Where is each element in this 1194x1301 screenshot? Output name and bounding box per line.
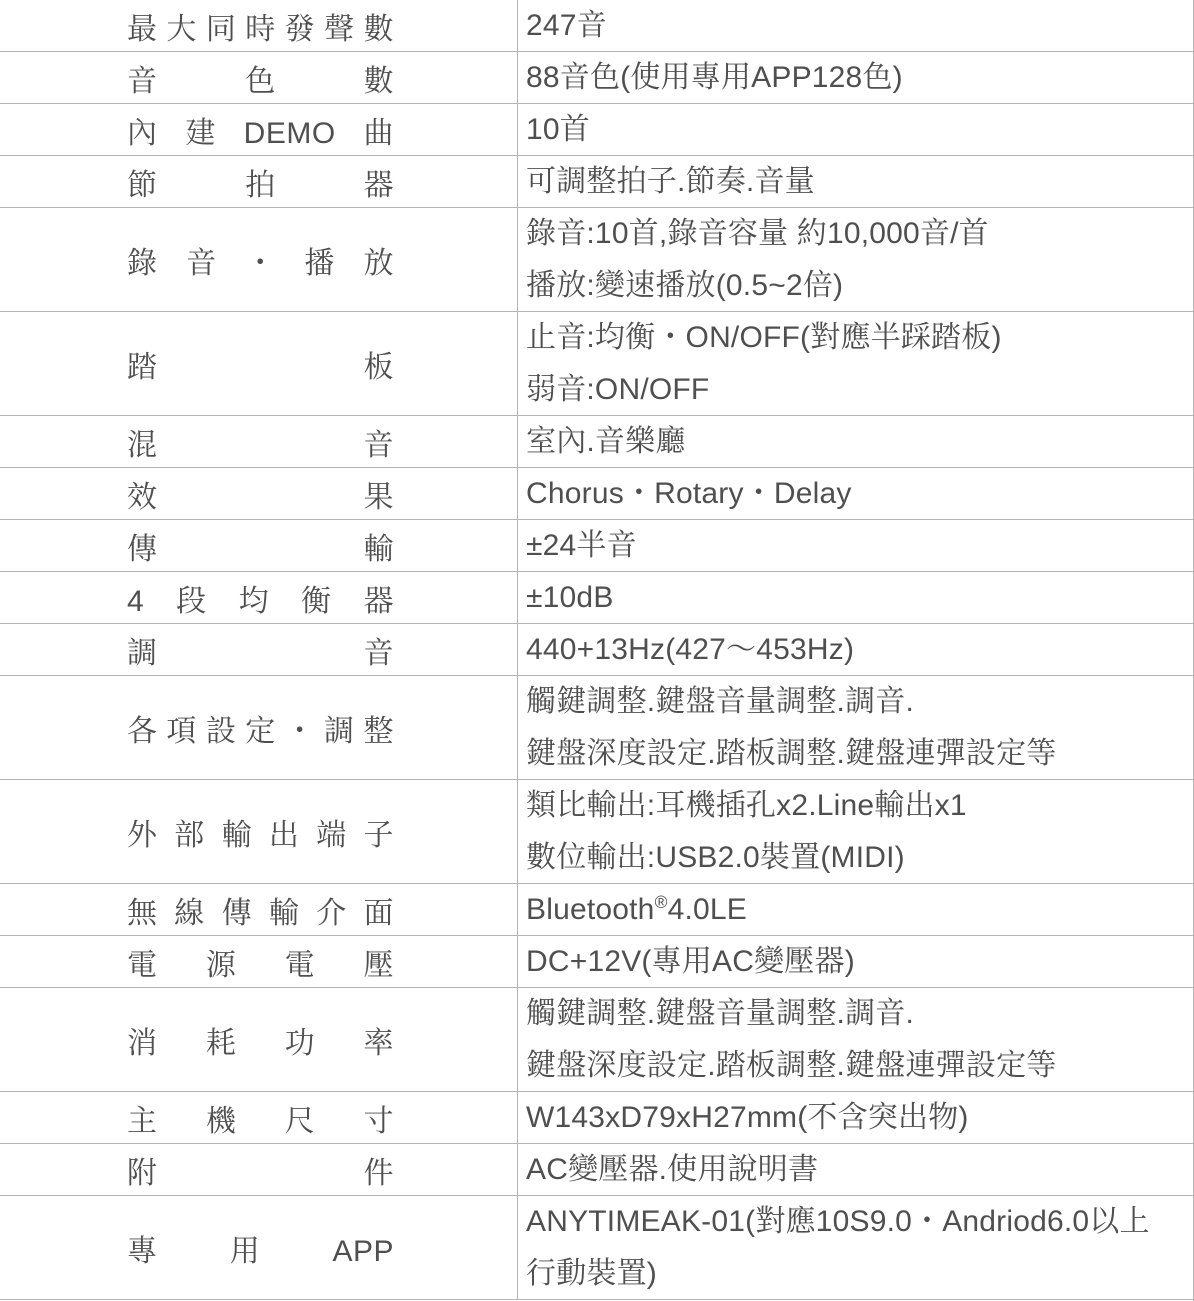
spec-value-line: ±10dB [526,572,1193,624]
spec-label-cell: 主機尺寸 [0,1092,518,1143]
spec-value-cell: 440+13Hz(427～453Hz) [518,624,1193,676]
spec-value-line: Bluetooth®4.0LE [526,884,1193,936]
label-segment: 消 [127,1018,158,1062]
spec-value-line: 室內.音樂廳 [526,416,1193,468]
spec-label: 踏板 [127,342,394,386]
spec-label-cell: 調音 [0,624,518,675]
spec-table: 最大同時發聲數247音音色數88音色(使用專用APP128色)內建DEMO曲10… [0,0,1194,1301]
spec-label-cell: 附件 [0,1144,518,1195]
spec-label-cell: 踏板 [0,312,518,415]
label-segment: 混 [127,420,158,464]
spec-row: 調音440+13Hz(427～453Hz) [0,624,1193,676]
label-segment: 效 [127,472,158,516]
spec-value-line: ANYTIMEAK-01(對應10S9.0・Andriod6.0以上 [526,1196,1193,1248]
label-segment: 外 [127,810,158,854]
spec-value-line: 440+13Hz(427～453Hz) [526,624,1193,676]
spec-value-cell: W143xD79xH27mm(不含突出物) [518,1092,1193,1144]
spec-value-line: ±24半音 [526,520,1193,572]
spec-row: 主機尺寸W143xD79xH27mm(不含突出物) [0,1092,1193,1144]
spec-row: 各項設定・調整觸鍵調整.鍵盤音量調整.調音.鍵盤深度設定.踏板調整.鍵盤連彈設定… [0,676,1193,780]
spec-value-line: 247音 [526,0,1193,52]
spec-value-cell: ANYTIMEAK-01(對應10S9.0・Andriod6.0以上行動裝置) [518,1196,1193,1300]
spec-label-cell: 專用APP [0,1196,518,1299]
label-segment: 踏 [127,342,158,386]
spec-label: 附件 [127,1148,394,1192]
label-segment: 整 [363,706,394,750]
label-segment: 機 [206,1096,237,1140]
spec-value-line: Chorus・Rotary・Delay [526,468,1193,520]
label-segment: 主 [127,1096,158,1140]
label-segment: 子 [363,810,394,854]
label-segment: 介 [316,888,347,932]
label-segment: 最 [127,4,158,48]
label-segment: 無 [127,888,158,932]
label-segment: 用 [230,1226,261,1270]
label-segment: 電 [127,940,158,984]
label-segment: 衡 [301,576,332,620]
spec-value-cell: ±24半音 [518,520,1193,572]
label-segment: 錄 [127,238,158,282]
spec-value-cell: ±10dB [518,572,1193,624]
spec-value-line: 88音色(使用專用APP128色) [526,52,1193,104]
label-segment: 面 [363,888,394,932]
label-segment: 設 [206,706,237,750]
label-segment: 調 [127,628,158,672]
label-segment: 尺 [285,1096,316,1140]
label-segment: 音 [364,628,395,672]
label-segment: 專 [127,1226,158,1270]
spec-value-line: 可調整拍子.節奏.音量 [526,156,1193,208]
label-segment: 音 [186,238,217,282]
spec-value-cell: 止音:均衡・ON/OFF(對應半踩踏板)弱音:ON/OFF [518,312,1193,416]
spec-value-cell: 10首 [518,104,1193,156]
label-segment: 傳 [222,888,253,932]
spec-label-cell: 消耗功率 [0,988,518,1091]
label-segment: 拍 [245,160,276,204]
spec-label-cell: 混音 [0,416,518,467]
label-segment: 發 [285,4,316,48]
label-segment: 率 [363,1018,394,1062]
spec-row: 最大同時發聲數247音 [0,0,1193,52]
spec-value-cell: Bluetooth®4.0LE [518,884,1193,936]
spec-row: 消耗功率觸鍵調整.鍵盤音量調整.調音.鍵盤深度設定.踏板調整.鍵盤連彈設定等 [0,988,1193,1092]
spec-label: 混音 [127,420,394,464]
spec-value-cell: 可調整拍子.節奏.音量 [518,156,1193,208]
label-segment: 項 [166,706,197,750]
spec-label-cell: 內建DEMO曲 [0,104,518,155]
spec-row: 混音室內.音樂廳 [0,416,1193,468]
label-segment: 播 [304,238,335,282]
spec-value-cell: 觸鍵調整.鍵盤音量調整.調音.鍵盤深度設定.踏板調整.鍵盤連彈設定等 [518,988,1193,1092]
label-segment: 線 [174,888,205,932]
label-segment: 件 [364,1148,395,1192]
spec-value-line: 類比輸出:耳機插孔x2.Line輸出x1 [526,780,1193,832]
spec-label: 各項設定・調整 [127,706,394,750]
spec-label-cell: 各項設定・調整 [0,676,518,779]
label-segment: APP [332,1235,394,1269]
label-segment: 傳 [127,524,158,568]
spec-label: 傳輸 [127,524,394,568]
spec-label-cell: 音色數 [0,52,518,103]
spec-value-cell: 88音色(使用專用APP128色) [518,52,1193,104]
spec-label-cell: 無線傳輸介面 [0,884,518,935]
spec-row: 4段均衡器±10dB [0,572,1193,624]
label-segment: 輸 [222,810,253,854]
label-segment: 同 [206,4,237,48]
label-segment: 源 [206,940,237,984]
spec-label-cell: 4段均衡器 [0,572,518,623]
label-segment: 內 [127,108,158,152]
spec-value-line: 止音:均衡・ON/OFF(對應半踩踏板) [526,312,1193,364]
spec-label: 效果 [127,472,394,516]
spec-label: 外部輸出端子 [127,810,394,854]
spec-label: 4段均衡器 [127,576,394,620]
label-segment: 各 [127,706,158,750]
spec-label: 最大同時發聲數 [127,4,394,48]
label-segment: 放 [364,238,395,282]
label-segment: 定 [245,706,276,750]
spec-label-cell: 效果 [0,468,518,519]
spec-row: 無線傳輸介面Bluetooth®4.0LE [0,884,1193,936]
label-segment: 色 [245,56,276,100]
label-segment: 時 [245,4,276,48]
spec-value-cell: DC+12V(專用AC變壓器) [518,936,1193,988]
spec-value-line: 鍵盤深度設定.踏板調整.鍵盤連彈設定等 [526,728,1193,780]
spec-label: 主機尺寸 [127,1096,394,1140]
label-segment: 聲 [324,4,355,48]
spec-row: 節拍器可調整拍子.節奏.音量 [0,156,1193,208]
spec-row: 音色數88音色(使用專用APP128色) [0,52,1193,104]
label-segment: 寸 [363,1096,394,1140]
spec-label: 消耗功率 [127,1018,394,1062]
label-segment: 部 [174,810,205,854]
spec-label: 音色數 [127,56,394,100]
spec-row: 外部輸出端子類比輸出:耳機插孔x2.Line輸出x1數位輸出:USB2.0裝置(… [0,780,1193,884]
spec-value-cell: 觸鍵調整.鍵盤音量調整.調音.鍵盤深度設定.踏板調整.鍵盤連彈設定等 [518,676,1193,780]
spec-label-cell: 錄音・播放 [0,208,518,311]
spec-label-cell: 外部輸出端子 [0,780,518,883]
spec-value-line: 10首 [526,104,1193,156]
label-segment: 出 [269,810,300,854]
label-segment: 附 [127,1148,158,1192]
label-segment: DEMO [244,117,336,151]
spec-label: 錄音・播放 [127,238,394,282]
label-segment: 板 [364,342,395,386]
spec-label: 調音 [127,628,394,672]
spec-value-line: 錄音:10首,錄音容量 約10,000音/首 [526,208,1193,260]
label-segment: 曲 [363,108,394,152]
spec-value-cell: 錄音:10首,錄音容量 約10,000音/首播放:變速播放(0.5~2倍) [518,208,1193,312]
spec-value-line: 觸鍵調整.鍵盤音量調整.調音. [526,988,1193,1040]
spec-row: 傳輸±24半音 [0,520,1193,572]
label-segment: 建 [185,108,216,152]
label-segment: 果 [364,472,395,516]
spec-label-cell: 傳輸 [0,520,518,571]
spec-value-line: 數位輸出:USB2.0裝置(MIDI) [526,832,1193,884]
label-segment: 輸 [364,524,395,568]
label-segment: 耗 [206,1018,237,1062]
spec-row: 專用APPANYTIMEAK-01(對應10S9.0・Andriod6.0以上行… [0,1196,1193,1300]
spec-label-cell: 節拍器 [0,156,518,207]
label-segment: 電 [285,940,316,984]
spec-value-cell: Chorus・Rotary・Delay [518,468,1193,520]
spec-value-line: 播放:變速播放(0.5~2倍) [526,260,1193,312]
spec-row: 內建DEMO曲10首 [0,104,1193,156]
spec-value-cell: 247音 [518,0,1193,52]
label-segment: 調 [324,706,355,750]
spec-label: 內建DEMO曲 [127,108,394,152]
spec-row: 效果Chorus・Rotary・Delay [0,468,1193,520]
spec-value-cell: 室內.音樂廳 [518,416,1193,468]
spec-value-line: 行動裝置) [526,1248,1193,1300]
spec-label-cell: 電源電壓 [0,936,518,987]
spec-value-line: DC+12V(專用AC變壓器) [526,936,1193,988]
label-segment: 壓 [363,940,394,984]
spec-value-line: 鍵盤深度設定.踏板調整.鍵盤連彈設定等 [526,1040,1193,1092]
spec-label: 電源電壓 [127,940,394,984]
spec-value-cell: 類比輸出:耳機插孔x2.Line輸出x1數位輸出:USB2.0裝置(MIDI) [518,780,1193,884]
label-segment: 均 [239,576,270,620]
label-segment: 器 [364,576,395,620]
label-segment: 功 [285,1018,316,1062]
label-segment: ・ [285,706,316,750]
label-segment: 段 [176,576,207,620]
label-segment: 輸 [269,888,300,932]
spec-row: 附件AC變壓器.使用說明書 [0,1144,1193,1196]
label-segment: 數 [364,56,395,100]
label-segment: ・ [245,238,276,282]
label-segment: 大 [166,4,197,48]
label-segment: 4 [127,585,144,619]
label-segment: 音 [364,420,395,464]
spec-row: 錄音・播放錄音:10首,錄音容量 約10,000音/首播放:變速播放(0.5~2… [0,208,1193,312]
spec-label: 無線傳輸介面 [127,888,394,932]
label-segment: 數 [363,4,394,48]
registered-mark: ® [655,892,668,912]
spec-row: 電源電壓DC+12V(專用AC變壓器) [0,936,1193,988]
label-segment: 音 [127,56,158,100]
label-segment: 器 [364,160,395,204]
spec-value-line: AC變壓器.使用說明書 [526,1144,1193,1196]
spec-label: 專用APP [127,1226,394,1270]
spec-value-line: W143xD79xH27mm(不含突出物) [526,1092,1193,1144]
spec-row: 踏板止音:均衡・ON/OFF(對應半踩踏板)弱音:ON/OFF [0,312,1193,416]
spec-value-line: 觸鍵調整.鍵盤音量調整.調音. [526,676,1193,728]
spec-label: 節拍器 [127,160,394,204]
spec-value-cell: AC變壓器.使用說明書 [518,1144,1193,1196]
label-segment: 端 [316,810,347,854]
spec-value-line: 弱音:ON/OFF [526,364,1193,416]
label-segment: 節 [127,160,158,204]
spec-label-cell: 最大同時發聲數 [0,0,518,51]
